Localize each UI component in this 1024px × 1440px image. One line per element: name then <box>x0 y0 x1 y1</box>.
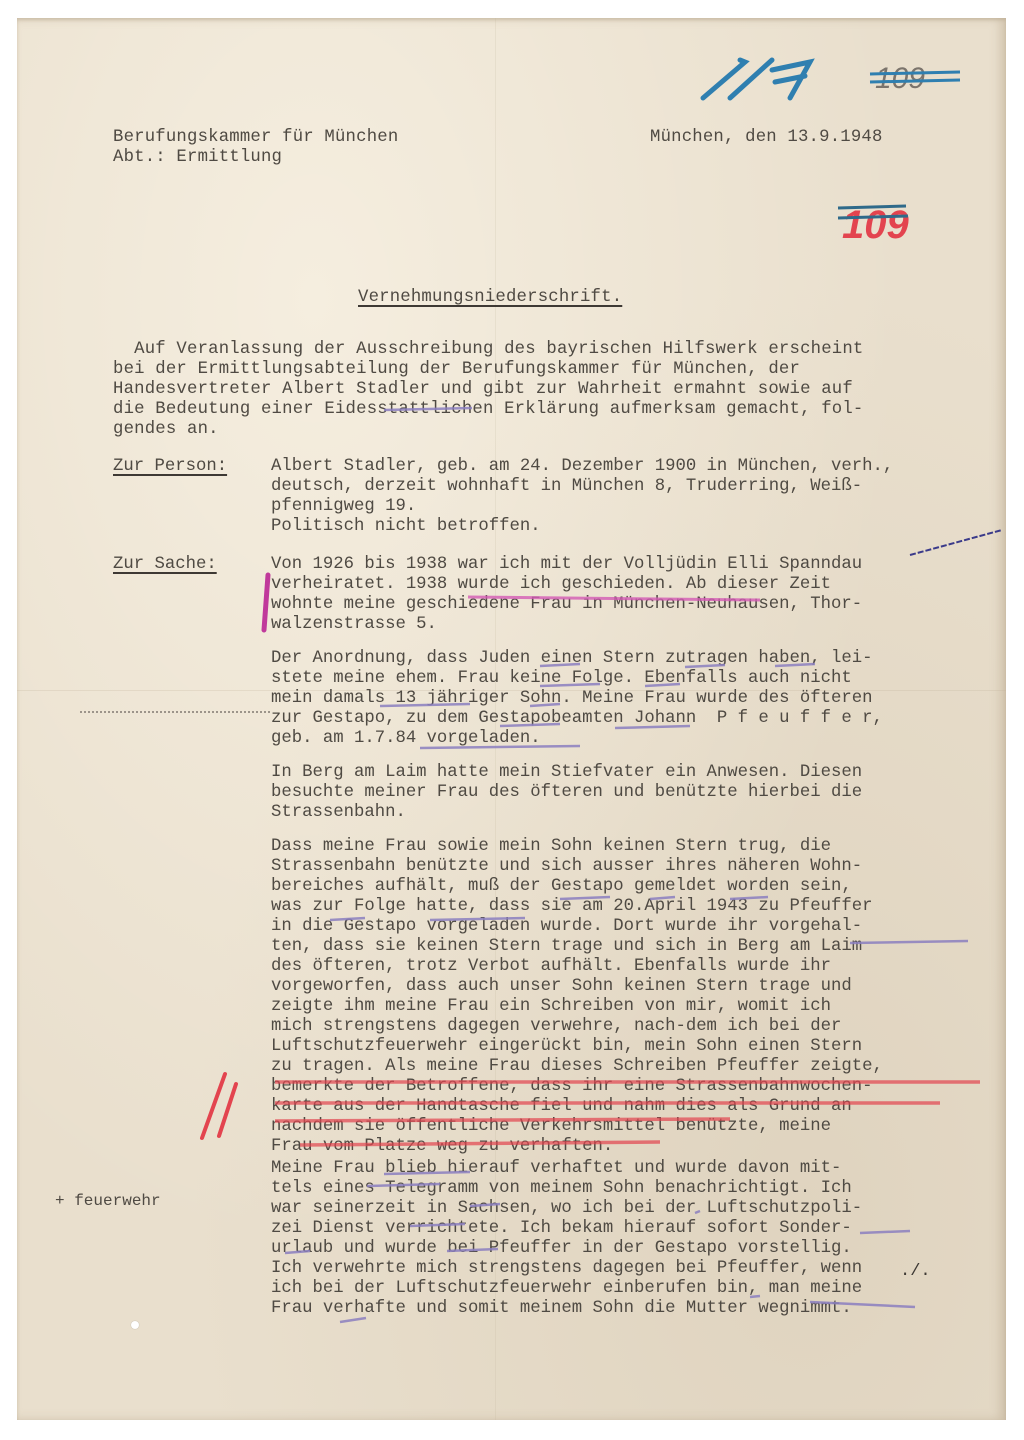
statement-line: zeigte ihm meine Frau ein Schreiben von … <box>271 997 831 1017</box>
statement-line: urlaub und wurde bei Pfeuffer in der Ges… <box>271 1239 852 1259</box>
document-title: Vernehmungsniederschrift. <box>358 288 622 308</box>
person-line: deutsch, derzeit wohnhaft in München 8, … <box>271 477 862 497</box>
statement-line: Ich verwehrte mich strengstens dagegen b… <box>271 1259 862 1279</box>
statement-line: zu tragen. Als meine Frau dieses Schreib… <box>271 1057 883 1077</box>
statement-line: zur Gestapo, zu dem Gestapobeamten Johan… <box>271 709 883 729</box>
statement-line: Strassenbahn. <box>271 803 406 823</box>
section-label-sache: Zur Sache: <box>113 555 217 575</box>
statement-line: bemerkte der Betroffene, dass ihr eine S… <box>271 1077 873 1097</box>
statement-line: karte aus der Handtasche fiel und nahm d… <box>271 1097 852 1117</box>
intro-line: gendes an. <box>113 420 219 440</box>
section-label-person: Zur Person: <box>113 457 227 477</box>
dotted-line <box>80 711 270 713</box>
statement-line: Der Anordnung, dass Juden einen Stern zu… <box>271 649 873 669</box>
margin-note: + feuerwehr <box>55 1192 161 1210</box>
statement-line: tels eines Telegramm von meinem Sohn ben… <box>271 1179 852 1199</box>
intro-line: bei der Ermittlungsabteilung der Berufun… <box>113 360 800 380</box>
statement-line: geb. am 1.7.84 vorgeladen. <box>271 729 541 749</box>
statement-line: wohnte meine geschiedene Frau in München… <box>271 595 862 615</box>
statement-line: Dass meine Frau sowie mein Sohn keinen S… <box>271 837 831 857</box>
statement-line: nachdem sie öffentliche Verkehrsmittel b… <box>271 1117 831 1137</box>
statement-line: mich strengstens dagegen verwehre, nach-… <box>271 1017 841 1037</box>
statement-line: bereiches aufhält, muß der Gestapo gemel… <box>271 877 852 897</box>
statement-line: Von 1926 bis 1938 war ich mit der Volljü… <box>271 555 862 575</box>
statement-line: ten, dass sie keinen Stern trage und sic… <box>271 937 862 957</box>
person-line: Albert Stadler, geb. am 24. Dezember 190… <box>271 457 893 477</box>
org-line-1: Berufungskammer für München <box>113 128 398 148</box>
org-line-2: Abt.: Ermittlung <box>113 148 282 168</box>
document-date: München, den 13.9.1948 <box>650 128 883 148</box>
punch-hole <box>131 1321 139 1329</box>
statement-line: was zur Folge hatte, dass sie am 20.Apri… <box>271 897 873 917</box>
person-line: pfennigweg 19. <box>271 497 416 517</box>
statement-line: Strassenbahn benützte und sich ausser ih… <box>271 857 862 877</box>
intro-line: Handesvertreter Albert Stadler und gibt … <box>113 380 853 400</box>
statement-line: zei Dienst verrichtete. Ich bekam hierau… <box>271 1219 852 1239</box>
intro-line: Auf Veranlassung der Ausschreibung des b… <box>113 340 864 360</box>
statement-line: Luftschutzfeuerwehr eingerückt bin, mein… <box>271 1037 862 1057</box>
statement-line: walzenstrasse 5. <box>271 615 437 635</box>
statement-line: stete meine ehem. Frau keine Folge. Eben… <box>271 669 852 689</box>
statement-line: war seinerzeit in Sachsen, wo ich bei de… <box>271 1199 862 1219</box>
continuation-mark: ./. <box>900 1262 931 1281</box>
statement-line: ich bei der Luftschutzfeuerwehr einberuf… <box>271 1279 862 1299</box>
person-line: Politisch nicht betroffen. <box>271 517 541 537</box>
statement-line: vorgeworfen, dass auch unser Sohn keinen… <box>271 977 852 997</box>
statement-line: besuchte meiner Frau des öfteren und ben… <box>271 783 862 803</box>
statement-line: In Berg am Laim hatte mein Stiefvater ei… <box>271 763 862 783</box>
statement-line: in die Gestapo vorgeladen wurde. Dort wu… <box>271 917 862 937</box>
statement-line: Frau vom Platze weg zu verhaften. <box>271 1137 613 1157</box>
statement-line: mein damals 13 jähriger Sohn. Meine Frau… <box>271 689 873 709</box>
intro-line: die Bedeutung einer Eidesstattlichen Erk… <box>113 400 864 420</box>
statement-line: des öfteren, trotz Verbot aufhält. Ebenf… <box>271 957 831 977</box>
statement-line: Meine Frau blieb hierauf verhaftet und w… <box>271 1159 841 1179</box>
statement-line: verheiratet. 1938 wurde ich geschieden. … <box>271 575 831 595</box>
statement-line: Frau verhafte und somit meinem Sohn die … <box>271 1299 852 1319</box>
